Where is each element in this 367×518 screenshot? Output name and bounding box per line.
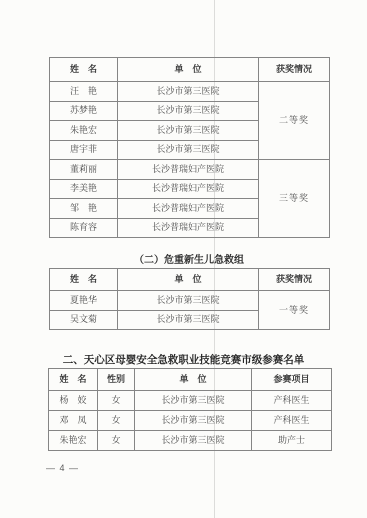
- section-heading-critical-newborn: （二）危重新生儿急救组: [49, 251, 329, 266]
- unit-cell: 长沙市第三医院: [118, 121, 259, 141]
- name-cell: 李美艳: [50, 179, 118, 199]
- unit-cell: 长沙市第三医院: [135, 431, 252, 451]
- name-cell: 汪 艳: [50, 82, 118, 102]
- roster-table: 姓 名 性别 单 位 参赛项目 杨 姣 女 长沙市第三医院 产科医生 邓 凤 女…: [48, 368, 332, 451]
- unit-cell: 长沙普瑞妇产医院: [118, 179, 259, 199]
- awards-table-continued: 姓 名 单 位 获奖情况 汪 艳 长沙市第三医院 二等奖 苏梦艳 长沙市第三医院…: [49, 57, 330, 238]
- name-cell: 陈育容: [50, 218, 118, 238]
- event-cell: 助产士: [252, 431, 332, 451]
- name-cell: 朱艳宏: [50, 121, 118, 141]
- unit-cell: 长沙市第三医院: [118, 101, 259, 121]
- name-cell: 唐宇菲: [50, 140, 118, 160]
- section-heading-competition-roster: 二、天心区母婴安全急救职业技能竞赛市级参赛名单: [0, 352, 367, 367]
- name-cell: 苏梦艳: [50, 101, 118, 121]
- unit-cell: 长沙普瑞妇产医院: [118, 218, 259, 238]
- table-header-row: 姓 名 单 位 获奖情况: [50, 58, 330, 82]
- award-cell-third-prize: 三等奖: [259, 160, 330, 238]
- document-page: 姓 名 单 位 获奖情况 汪 艳 长沙市第三医院 二等奖 苏梦艳 长沙市第三医院…: [0, 0, 367, 518]
- gender-cell: 女: [98, 431, 135, 451]
- unit-cell: 长沙普瑞妇产医院: [118, 160, 259, 180]
- name-cell: 邓 凤: [49, 411, 98, 431]
- unit-cell: 长沙市第三医院: [135, 411, 252, 431]
- table-row: 董莉丽 长沙普瑞妇产医院 三等奖: [50, 160, 330, 180]
- table-row: 夏艳华 长沙市第三医院 一等奖: [50, 291, 330, 311]
- unit-cell: 长沙普瑞妇产医院: [118, 199, 259, 219]
- header-cell-unit: 单 位: [118, 58, 259, 82]
- page-number: — 4 —: [46, 463, 79, 473]
- unit-cell: 长沙市第三医院: [118, 291, 259, 311]
- header-cell-unit: 单 位: [118, 269, 259, 291]
- header-cell-name: 姓 名: [50, 269, 118, 291]
- event-cell: 产科医生: [252, 411, 332, 431]
- table-row: 汪 艳 长沙市第三医院 二等奖: [50, 82, 330, 102]
- header-cell-name: 姓 名: [50, 58, 118, 82]
- table-row: 朱艳宏 女 长沙市第三医院 助产士: [49, 431, 332, 451]
- award-cell-second-prize: 二等奖: [259, 82, 330, 160]
- name-cell: 杨 姣: [49, 391, 98, 411]
- table-header-row: 姓 名 性别 单 位 参赛项目: [49, 369, 332, 391]
- table-header-row: 姓 名 单 位 获奖情况: [50, 269, 330, 291]
- name-cell: 董莉丽: [50, 160, 118, 180]
- header-cell-event: 参赛项目: [252, 369, 332, 391]
- unit-cell: 长沙市第三医院: [118, 82, 259, 102]
- awards-table-newborn: 姓 名 单 位 获奖情况 夏艳华 长沙市第三医院 一等奖 吴文菊 长沙市第三医院: [49, 268, 330, 330]
- header-cell-award: 获奖情况: [259, 269, 330, 291]
- unit-cell: 长沙市第三医院: [118, 310, 259, 330]
- header-cell-gender: 性别: [98, 369, 135, 391]
- gender-cell: 女: [98, 411, 135, 431]
- unit-cell: 长沙市第三医院: [135, 391, 252, 411]
- table-row: 杨 姣 女 长沙市第三医院 产科医生: [49, 391, 332, 411]
- unit-cell: 长沙市第三医院: [118, 140, 259, 160]
- name-cell: 夏艳华: [50, 291, 118, 311]
- header-cell-unit: 单 位: [135, 369, 252, 391]
- event-cell: 产科医生: [252, 391, 332, 411]
- award-cell-first-prize: 一等奖: [259, 291, 330, 330]
- name-cell: 朱艳宏: [49, 431, 98, 451]
- gender-cell: 女: [98, 391, 135, 411]
- name-cell: 吴文菊: [50, 310, 118, 330]
- name-cell: 邹 艳: [50, 199, 118, 219]
- table-row: 邓 凤 女 长沙市第三医院 产科医生: [49, 411, 332, 431]
- header-cell-award: 获奖情况: [259, 58, 330, 82]
- header-cell-name: 姓 名: [49, 369, 98, 391]
